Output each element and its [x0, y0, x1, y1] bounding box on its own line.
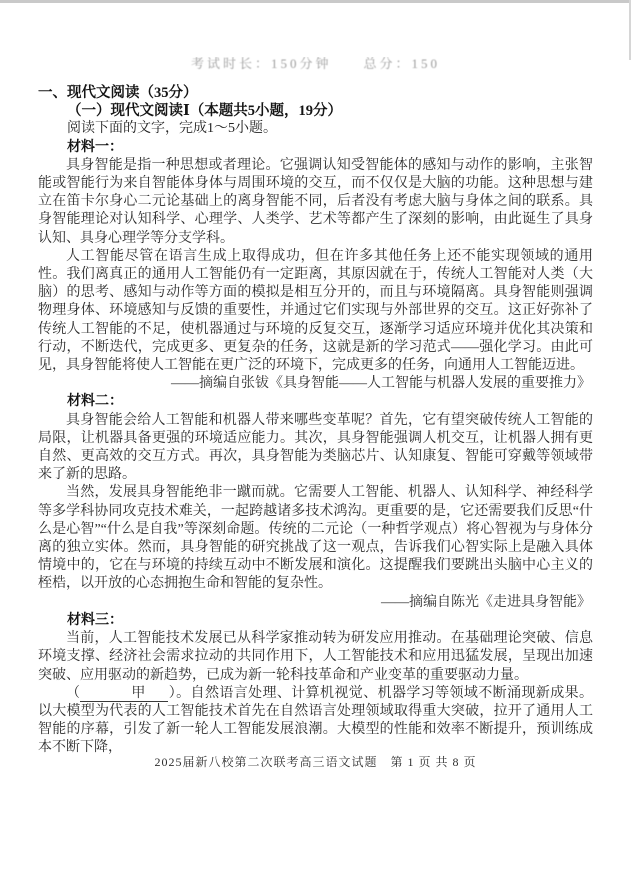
- page-footer: 2025届新八校第二次联考高三语文试题 第 1 页 共 8 页: [0, 753, 631, 770]
- material1-paragraph1: 具身智能是指一种思想或者理论。它强调认知受智能体的感知与动作的影响，主张智能或智…: [38, 157, 593, 248]
- material2-paragraph1: 具身智能会给人工智能和机器人带来哪些变革呢？首先，它有望突破传统人工智能的局限，…: [38, 412, 593, 485]
- exam-time-header: 考试时长：150分钟 总分：150: [38, 57, 593, 72]
- material2-attribution: ——摘编自陈光《走进具身智能》: [38, 594, 593, 612]
- material2-paragraph2: 当然，发展具身智能绝非一蹴而就。它需要人工智能、机器人、认知科学、神经科学等多学…: [38, 484, 593, 593]
- material3-paragraph1: 当前，人工智能技术发展已从科学家推动转为研发应用推动。在基础理论突破、信息环境支…: [38, 630, 593, 685]
- scan-top-edge: [0, 0, 631, 3]
- material1-label: 材料一：: [38, 139, 593, 157]
- material1-paragraph2: 人工智能尽管在语言生成上取得成功，但在许多其他任务上还不能实现领域的通用性。我们…: [38, 248, 593, 375]
- section-title: 一、现代文阅读（35分）: [38, 84, 593, 102]
- reading-instruction: 阅读下面的文字，完成1～5小题。: [38, 120, 593, 138]
- exam-page: 考试时长：150分钟 总分：150 一、现代文阅读（35分） （一）现代文阅读Ⅰ…: [0, 57, 631, 758]
- material1-attribution: ——摘编自张钹《具身智能——人工智能与机器人发展的重要推力》: [38, 375, 593, 393]
- material3-paragraph2: （甲）。自然语言处理、计算机视觉、机器学习等领域不断涌现新成果。以大模型为代表的…: [38, 685, 593, 758]
- exam-time-text: 考试时长：150分钟 总分：150: [191, 57, 440, 72]
- blank-open-paren: （: [66, 686, 80, 701]
- section-subtitle: （一）现代文阅读Ⅰ（本题共5小题，19分）: [38, 102, 593, 120]
- fill-blank-jia: 甲: [80, 686, 168, 702]
- material3-label: 材料三：: [38, 612, 593, 630]
- material2-label: 材料二：: [38, 393, 593, 411]
- page-content: 一、现代文阅读（35分） （一）现代文阅读Ⅰ（本题共5小题，19分） 阅读下面的…: [38, 84, 593, 758]
